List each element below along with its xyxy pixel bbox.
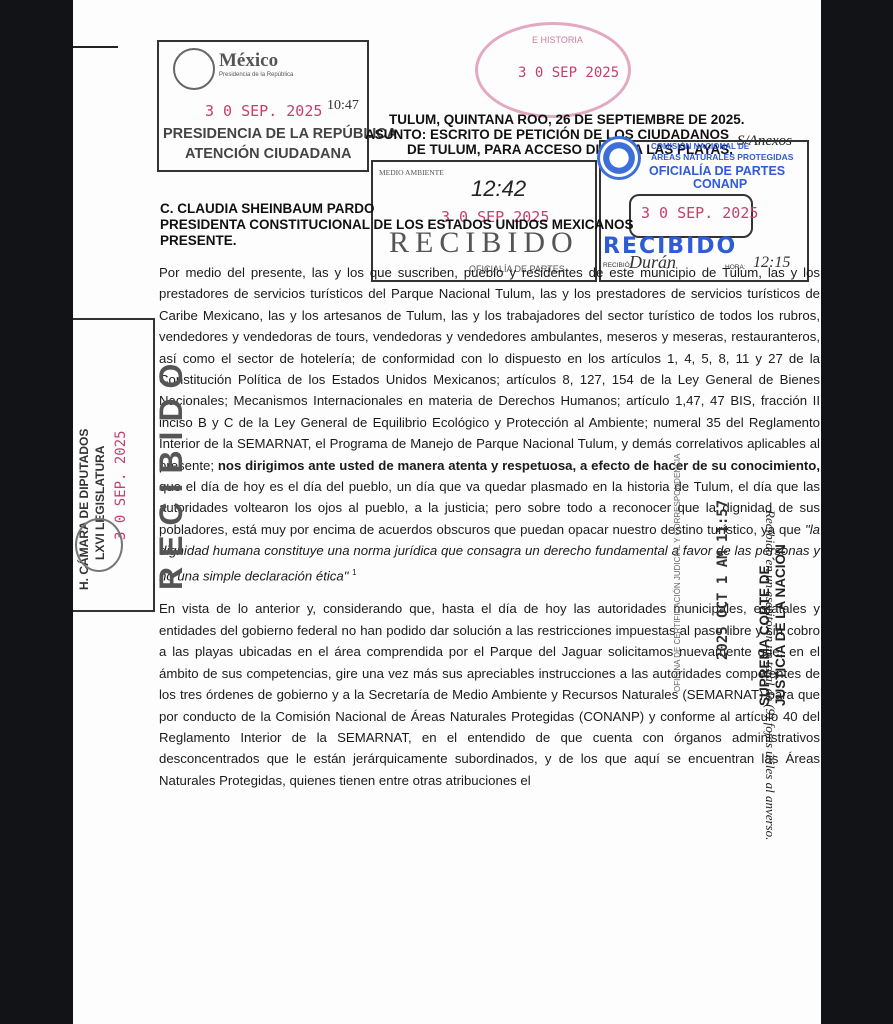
stamp-date: 3 0 SEP. 2025 bbox=[641, 204, 758, 222]
stamp-line2: ATENCIÓN CIUDADANA bbox=[185, 146, 351, 162]
handwritten-note-container: Recibido en un escrito en un total de (9… bbox=[778, 350, 821, 650]
document-page: México Presidencia de la República 3 0 S… bbox=[73, 0, 821, 1024]
addressee: C. CLAUDIA SHEINBAUM PARDO PRESIDENTA CO… bbox=[160, 201, 634, 249]
stamp-presidencia: México Presidencia de la República 3 0 S… bbox=[157, 40, 369, 172]
stamp-inah-date: 3 0 SEP 2025 bbox=[518, 65, 619, 81]
handwritten-note: Recibido en un escrito en un total de (9… bbox=[762, 510, 778, 840]
p1-text: Por medio del presente, las y los que su… bbox=[159, 265, 820, 473]
footnote-ref: 1 bbox=[352, 568, 356, 577]
stamp-date: 3 0 SEP. 2025 bbox=[205, 102, 322, 120]
stamp-line0: COMISIÓN NACIONAL DE bbox=[651, 142, 749, 151]
stamp-header: MEDIO AMBIENTE bbox=[379, 168, 444, 177]
stamp-diputados: H. CÁMARA DE DIPUTADOS LXVI LEGISLATURA … bbox=[73, 318, 155, 612]
p1-bold: nos dirigimos ante usted de manera atent… bbox=[218, 458, 820, 473]
stamp-inah: E HISTORIA 3 0 SEP 2025 bbox=[475, 22, 631, 118]
conanp-logo-icon bbox=[597, 136, 641, 180]
stamp-line3: CONANP bbox=[693, 177, 747, 191]
stamp-date: 3 0 SEP. 2025 bbox=[113, 430, 129, 540]
stamp-brand: México bbox=[219, 50, 278, 72]
stamp-line1: PRESIDENCIA DE LA REPÚBLICA bbox=[163, 126, 397, 142]
addressee-name: C. CLAUDIA SHEINBAUM PARDO bbox=[160, 201, 634, 217]
stamp-received: RECIBIDO bbox=[153, 354, 190, 590]
stamp-brand-sub: Presidencia de la República bbox=[219, 72, 293, 78]
stamp-time: 12:42 bbox=[471, 176, 526, 202]
seal-icon bbox=[173, 48, 215, 90]
addressee-title: PRESIDENTA CONSTITUCIONAL DE LOS ESTADOS… bbox=[160, 217, 634, 233]
place-date: TULUM, QUINTANA ROO, 26 DE SEPTIEMBRE DE… bbox=[389, 112, 745, 128]
crop-mark bbox=[73, 46, 118, 48]
stamp-line2: OFICIALÍA DE PARTES bbox=[649, 164, 785, 178]
stamp-time: 10:47 bbox=[327, 98, 359, 114]
stamp-scjn-office: OFICINA DE CERTIFICACIÓN JUDICIAL Y CORR… bbox=[673, 454, 682, 692]
stamp-inah-top: E HISTORIA bbox=[532, 35, 583, 45]
stamp-scjn-time: 2025 OCT 1 AM 11:57 bbox=[715, 500, 731, 660]
addressee-presente: PRESENTE. bbox=[160, 233, 634, 249]
stamp-line1: ÁREAS NATURALES PROTEGIDAS bbox=[651, 152, 793, 162]
seal-icon bbox=[75, 518, 123, 572]
